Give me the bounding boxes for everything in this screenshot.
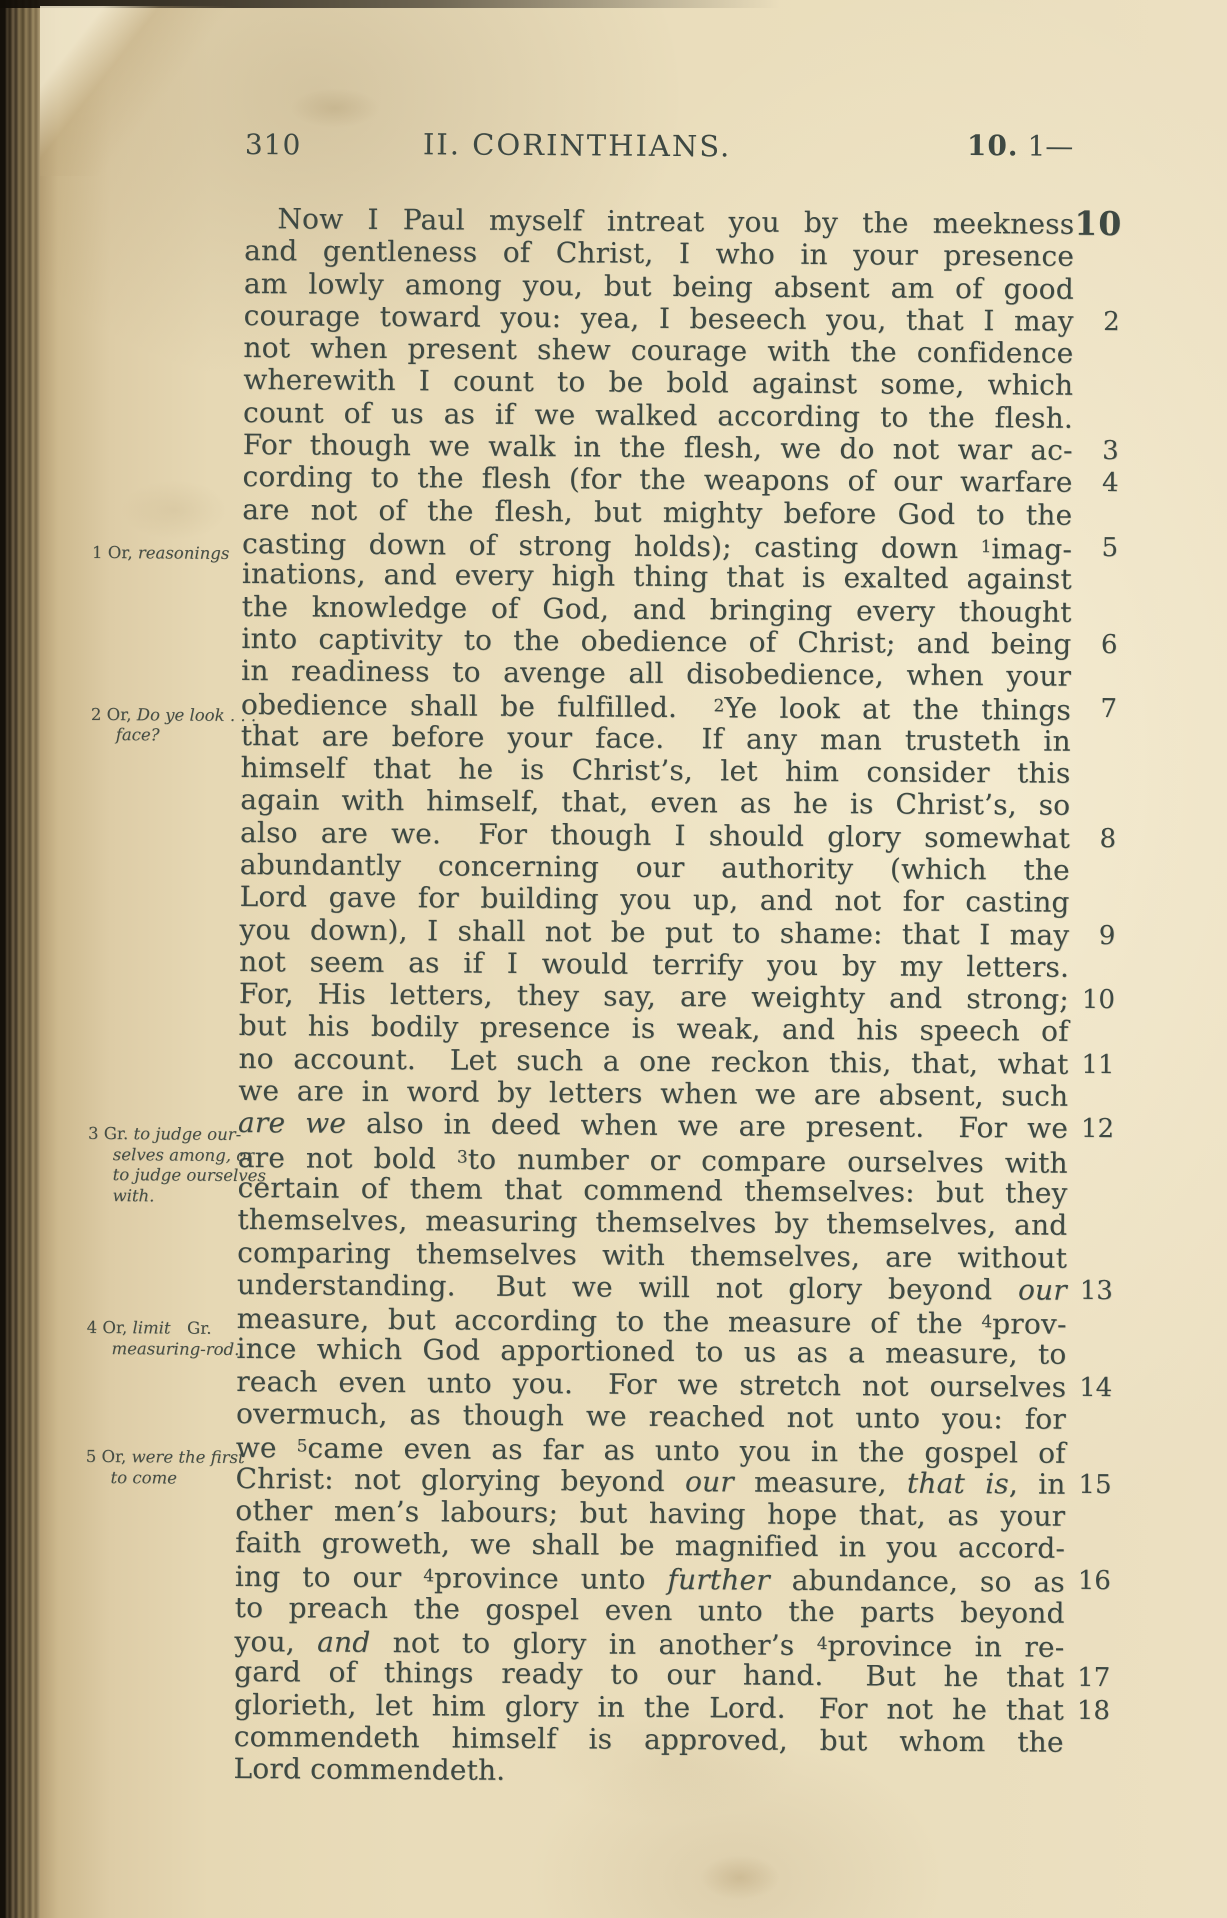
italic-text: measuring-rod. [111,1339,239,1359]
verse-number: 18 [1064,1694,1120,1727]
margin-note-line: 3 Gr. to judge our- [88,1124,240,1146]
verse-gutter [1066,1404,1122,1437]
footnote-marker: 4 [817,1634,828,1654]
text-run: in readiness to avenge all disobedience,… [241,654,1071,693]
text-run: overmuch, as though we reached not unto … [236,1397,1066,1436]
text-line-content: Lord commendeth. [233,1753,1063,1791]
margin-note: 3 Gr. to judge our-selves among, orto ju… [87,1124,240,1207]
text-run: measure, [734,1465,907,1499]
scripture-text-block: Now I Paul myself intreat you by the mee… [233,203,1134,1792]
text-run: faith groweth, we shall be magnified in … [235,1526,1065,1565]
book-title: II. CORINTHIANS. [423,127,732,163]
italic-text: were the first [132,1448,245,1468]
text-run: imag- [991,532,1072,566]
verse-number: 13 [1067,1275,1123,1308]
text-run: you, [234,1625,317,1659]
text-run: Christ: not glorying beyond [235,1462,685,1498]
italic-text: selves among, or [113,1145,254,1165]
running-verse-reference: 10. 1— [967,129,1074,163]
verse-gutter [1070,758,1126,791]
verse-gutter [1067,1307,1123,1340]
verse-gutter [1067,1242,1123,1275]
verse-gutter [1071,726,1127,759]
footnote-marker: 1 [981,537,992,557]
verse-number: 14 [1066,1371,1122,1404]
verse-number: 5 [1072,532,1128,565]
verse-gutter [1073,403,1129,436]
italic-text: Do ye look . . . [137,705,256,725]
verse-number: 10 [1069,984,1125,1017]
verse-gutter [1065,1533,1121,1566]
margin-note-line: face? [91,725,243,747]
text-run: 5 Or, [86,1447,132,1466]
verse-number: 7 [1071,693,1127,726]
text-run: are not bold [238,1141,457,1176]
page-header: 310 II. CORINTHIANS. 10. 1— [245,124,1131,172]
verse-gutter [1073,338,1129,371]
italic-text: our [1018,1273,1067,1306]
text-run: , in [1009,1467,1066,1500]
text-run: also in deed when we are present. For we [346,1107,1068,1145]
verse-gutter [1074,273,1130,306]
verse-gutter [1065,1501,1121,1534]
footnote-marker: 2 [713,697,724,717]
margin-note: 2 Or, Do ye look . . .face? [91,704,243,746]
text-run: province in re- [827,1629,1064,1664]
margin-note: 5 Or, were the firstto come [86,1447,238,1489]
text-run: 1 Or, [92,543,138,562]
verse-number: 11 [1068,1048,1124,1081]
margin-note-line: 5 Or, were the first [86,1447,238,1469]
footnote-marker: 5 [297,1437,308,1457]
verse-gutter [1068,1145,1124,1178]
margin-notes-column: 1 Or, reasonings2 Or, Do ye look . . .fa… [83,0,248,1918]
page-number: 310 [245,128,302,161]
margin-note-line: 1 Or, reasonings [92,543,244,565]
verse-number: 2 [1074,306,1130,339]
text-run: we [236,1431,297,1464]
italic-text: and [317,1626,370,1659]
verse-number: 8 [1070,822,1126,855]
verse-gutter [1070,887,1126,920]
text-run: ing to our [235,1560,424,1594]
margin-note-line: 4 Or, limit Gr. [87,1318,239,1340]
verse-gutter [1066,1339,1122,1372]
margin-note-line: with. [87,1186,239,1208]
margin-note-line: selves among, or [88,1145,240,1167]
verse-gutter [1065,1598,1121,1631]
italic-text: that is [907,1466,1009,1500]
margin-note-line: to come [86,1468,238,1490]
verse-gutter [1068,1081,1124,1114]
footnote-marker: 3 [457,1147,468,1167]
verse-gutter [1064,1630,1120,1663]
verse-gutter [1072,596,1128,629]
verse-number: 16 [1065,1565,1121,1598]
book-page-scan: 310 II. CORINTHIANS. 10. 1— 1 Or, reason… [0,0,1227,1918]
margin-note-line: to judge ourselves [88,1165,240,1187]
verse-number: 17 [1064,1662,1120,1695]
page-content: 310 II. CORINTHIANS. 10. 1— 1 Or, reason… [0,0,1227,1918]
text-run: 2 Or, [91,704,137,723]
margin-note-line: measuring-rod. [86,1339,238,1361]
italic-text: with. [112,1186,154,1205]
text-run: understanding. But we will not glory bey… [237,1268,1018,1306]
verse-gutter [1069,952,1125,985]
margin-note: 4 Or, limit Gr.measuring-rod. [86,1318,238,1360]
text-run: 4 Or, [87,1318,133,1337]
italic-text: reasonings [138,543,230,563]
verse-gutter [1072,564,1128,597]
verse-gutter [1074,241,1130,274]
chapter-number: 10 [1074,209,1130,242]
text-run: to preach the gospel even unto the parts… [235,1591,1065,1630]
verse-number: 4 [1072,467,1128,500]
footnote-marker: 4 [981,1312,992,1332]
verse-gutter [1064,1727,1120,1760]
verse-number: 3 [1073,435,1129,468]
italic-text: to judge our- [133,1125,241,1145]
italic-text: are we [238,1106,346,1140]
text-run: prov- [992,1307,1067,1341]
verse-gutter [1073,370,1129,403]
text-run: are not of the flesh, but mighty before … [242,493,1072,532]
italic-text: face? [116,725,160,744]
running-verse-rest: 1— [1019,129,1074,162]
italic-text: further [667,1563,770,1597]
italic-text: limit [132,1318,170,1337]
footnote-marker: 4 [423,1567,434,1587]
verse-number: 15 [1065,1468,1121,1501]
verse-gutter [1066,1436,1122,1469]
margin-note-line: 2 Or, Do ye look . . . [91,704,243,726]
text-line: Lord commendeth. [233,1753,1123,1792]
verse-gutter [1067,1210,1123,1243]
verse-gutter [1072,499,1128,532]
italic-text: our [685,1465,734,1498]
verse-gutter [1069,1016,1125,1049]
verse-gutter [1071,661,1127,694]
margin-note: 1 Or, reasonings [92,543,244,565]
text-run: 3 Gr. [88,1124,134,1143]
text-run: province unto [434,1562,668,1597]
italic-text: to come [111,1468,178,1487]
verse-number: 12 [1068,1113,1124,1146]
text-run: Gr. [171,1319,212,1338]
verse-gutter [1070,790,1126,823]
verse-gutter [1067,1178,1123,1211]
text-run: Lord commendeth. [233,1752,505,1787]
verse-number: 6 [1071,629,1127,662]
verse-gutter [1070,855,1126,888]
verse-gutter [1063,1759,1119,1792]
running-verse-chapter: 10. [967,129,1019,162]
verse-number: 9 [1069,919,1125,952]
